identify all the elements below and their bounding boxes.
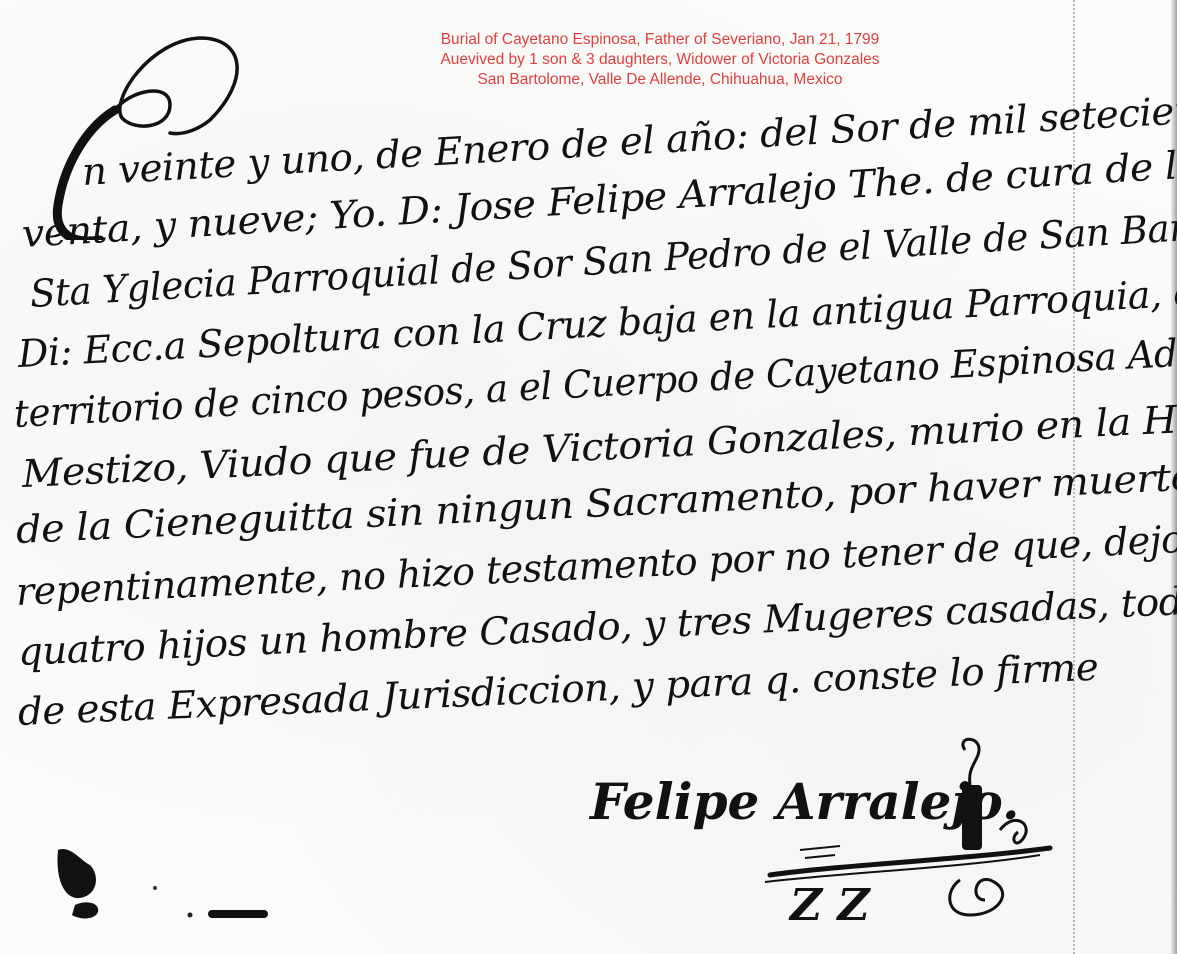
signature-rubric-icon: Z Z (760, 730, 1060, 930)
annotation-line-2: Auevived by 1 son & 3 daughters, Widower… (340, 50, 980, 70)
red-annotation: Burial of Cayetano Espinosa, Father of S… (340, 30, 980, 90)
ink-blots (40, 840, 280, 920)
annotation-line-3: San Bartolome, Valle De Allende, Chihuah… (340, 70, 980, 90)
manuscript-page: Burial of Cayetano Espinosa, Father of S… (0, 0, 1177, 954)
rubric-mark: Z Z (788, 880, 871, 930)
annotation-line-1: Burial of Cayetano Espinosa, Father of S… (340, 30, 980, 50)
